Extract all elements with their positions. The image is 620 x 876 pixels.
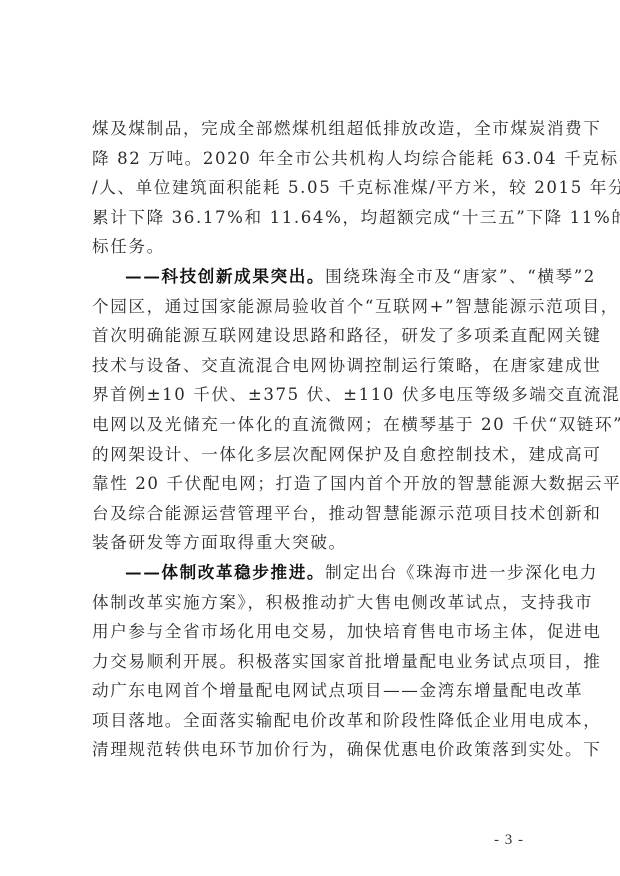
paragraph-text: 制定出台《珠海市进一步深化电力 bbox=[325, 563, 598, 582]
paragraph-line: 累计下降 36.17%和 11.64%，均超额完成“十三五”下降 11%的目 bbox=[92, 203, 530, 233]
paragraph-line: 技术与设备、交直流混合电网协调控制运行策略，在唐家建成世 bbox=[92, 351, 530, 381]
paragraph-line: 装备研发等方面取得重大突破。 bbox=[92, 528, 530, 558]
paragraph-line: 煤及煤制品，完成全部燃煤机组超低排放改造，全市煤炭消费下 bbox=[92, 114, 530, 144]
paragraph-line: 个园区，通过国家能源局验收首个“互联网+”智慧能源示范项目， bbox=[92, 292, 530, 322]
paragraph-line: 清理规范转供电环节加价行为，确保优惠电价政策落到实处。下 bbox=[92, 735, 530, 765]
paragraph-line: 项目落地。全面落实输配电价改革和阶段性降低企业用电成本， bbox=[92, 706, 530, 736]
section-heading-tech-innovation: ——科技创新成果突出。 bbox=[125, 266, 325, 286]
paragraph-line: 的网架设计、一体化多层次配网保护及自愈控制技术，建成高可 bbox=[92, 440, 530, 470]
section-heading-system-reform: ——体制改革稳步推进。 bbox=[125, 562, 325, 582]
paragraph-line: 电网以及光储充一体化的直流微网；在横琴基于 20 千伏“双链环” bbox=[92, 410, 530, 440]
paragraph-line: 台及综合能源运营管理平台，推动智慧能源示范项目技术创新和 bbox=[92, 499, 530, 529]
paragraph-line: 靠性 20 千伏配电网；打造了国内首个开放的智慧能源大数据云平 bbox=[92, 469, 530, 499]
page-number: - 3 - bbox=[494, 832, 524, 849]
paragraph-line: 动广东电网首个增量配电网试点项目——金湾东增量配电改革 bbox=[92, 676, 530, 706]
paragraph-line: 力交易顺利开展。积极落实国家首批增量配电业务试点项目，推 bbox=[92, 647, 530, 677]
section-heading-line: ——科技创新成果突出。围绕珠海全市及“唐家”、“横琴”2 bbox=[92, 262, 530, 292]
document-page: 煤及煤制品，完成全部燃煤机组超低排放改造，全市煤炭消费下 降 82 万吨。202… bbox=[0, 0, 620, 876]
paragraph-line: 降 82 万吨。2020 年全市公共机构人均综合能耗 63.04 千克标准煤 bbox=[92, 144, 530, 174]
paragraph-line: 界首例±10 千伏、±375 伏、±110 伏多电压等级多端交直流混合配 bbox=[92, 380, 530, 410]
section-heading-line: ——体制改革稳步推进。制定出台《珠海市进一步深化电力 bbox=[92, 558, 530, 588]
body-text: 煤及煤制品，完成全部燃煤机组超低排放改造，全市煤炭消费下 降 82 万吨。202… bbox=[92, 114, 530, 765]
paragraph-text: 围绕珠海全市及“唐家”、“横琴”2 bbox=[325, 267, 596, 286]
paragraph-line: 体制改革实施方案》，积极推动扩大售电侧改革试点，支持我市 bbox=[92, 588, 530, 618]
paragraph-line: 标任务。 bbox=[92, 232, 530, 262]
paragraph-line: 用户参与全省市场化用电交易，加快培育售电市场主体，促进电 bbox=[92, 617, 530, 647]
paragraph-line: /人、单位建筑面积能耗 5.05 千克标准煤/平方米，较 2015 年分别 bbox=[92, 173, 530, 203]
paragraph-line: 首次明确能源互联网建设思路和路径，研发了多项柔直配网关键 bbox=[92, 321, 530, 351]
